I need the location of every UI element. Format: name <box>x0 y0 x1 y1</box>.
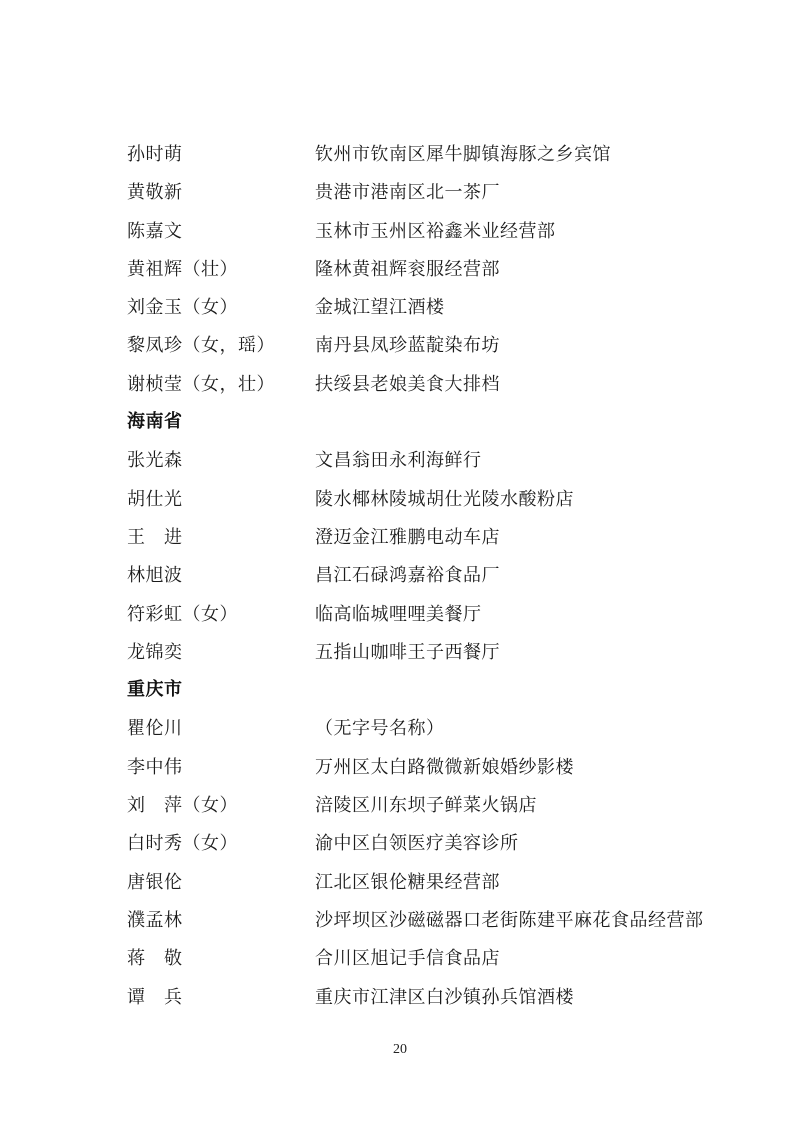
registry-row: 黄祖辉（壮）隆林黄祖辉衮服经营部 <box>127 250 683 288</box>
person-name: 孙时萌 <box>127 135 315 173</box>
person-name: 王 进 <box>127 518 315 556</box>
document-page: 孙时萌钦州市钦南区犀牛脚镇海豚之乡宾馆黄敬新贵港市港南区北一茶厂陈嘉文玉林市玉州… <box>0 0 800 1131</box>
section-header: 重庆市 <box>127 671 683 709</box>
business-name: （无字号名称） <box>315 709 683 747</box>
business-name: 玉林市玉州区裕鑫米业经营部 <box>315 212 683 250</box>
person-name: 刘金玉（女） <box>127 288 315 326</box>
registry-row: 濮孟林沙坪坝区沙磁磁器口老街陈建平麻花食品经营部 <box>127 901 683 939</box>
business-name: 万州区太白路微微新娘婚纱影楼 <box>315 748 683 786</box>
person-name: 黎凤珍（女，瑶） <box>127 326 315 364</box>
business-name: 隆林黄祖辉衮服经营部 <box>315 250 683 288</box>
registry-row: 龙锦奕五指山咖啡王子西餐厅 <box>127 633 683 671</box>
registry-row: 谭 兵重庆市江津区白沙镇孙兵馆酒楼 <box>127 978 683 1016</box>
business-name: 贵港市港南区北一茶厂 <box>315 173 683 211</box>
registry-row: 孙时萌钦州市钦南区犀牛脚镇海豚之乡宾馆 <box>127 135 683 173</box>
registry-row: 王 进澄迈金江雅鹏电动车店 <box>127 518 683 556</box>
registry-row: 黎凤珍（女，瑶）南丹县凤珍蓝靛染布坊 <box>127 326 683 364</box>
person-name: 谭 兵 <box>127 978 315 1016</box>
business-name: 江北区银伦糖果经营部 <box>315 863 683 901</box>
person-name: 黄祖辉（壮） <box>127 250 315 288</box>
person-name: 濮孟林 <box>127 901 315 939</box>
person-name: 胡仕光 <box>127 480 315 518</box>
business-name: 重庆市江津区白沙镇孙兵馆酒楼 <box>315 978 683 1016</box>
registry-row: 白时秀（女）渝中区白领医疗美容诊所 <box>127 824 683 862</box>
business-name: 临高临城哩哩美餐厅 <box>315 595 683 633</box>
person-name: 张光森 <box>127 441 315 479</box>
business-name: 渝中区白领医疗美容诊所 <box>315 824 683 862</box>
person-name: 瞿伦川 <box>127 709 315 747</box>
business-name: 沙坪坝区沙磁磁器口老街陈建平麻花食品经营部 <box>315 901 704 939</box>
registry-row: 蒋 敬合川区旭记手信食品店 <box>127 939 683 977</box>
registry-row: 瞿伦川（无字号名称） <box>127 709 683 747</box>
person-name: 谢桢莹（女，壮） <box>127 365 315 403</box>
business-name: 涪陵区川东坝子鲜菜火锅店 <box>315 786 683 824</box>
registry-row: 陈嘉文玉林市玉州区裕鑫米业经营部 <box>127 212 683 250</box>
business-name: 钦州市钦南区犀牛脚镇海豚之乡宾馆 <box>315 135 683 173</box>
person-name: 黄敬新 <box>127 173 315 211</box>
business-name: 南丹县凤珍蓝靛染布坊 <box>315 326 683 364</box>
business-name: 五指山咖啡王子西餐厅 <box>315 633 683 671</box>
registry-row: 李中伟万州区太白路微微新娘婚纱影楼 <box>127 748 683 786</box>
person-name: 白时秀（女） <box>127 824 315 862</box>
registry-row: 刘金玉（女）金城江望江酒楼 <box>127 288 683 326</box>
registry-row: 唐银伦江北区银伦糖果经营部 <box>127 863 683 901</box>
registry-row: 谢桢莹（女，壮）扶绥县老娘美食大排档 <box>127 365 683 403</box>
business-name: 文昌翁田永利海鲜行 <box>315 441 683 479</box>
registry-row: 林旭波昌江石碌鸿嘉裕食品厂 <box>127 556 683 594</box>
registry-list: 孙时萌钦州市钦南区犀牛脚镇海豚之乡宾馆黄敬新贵港市港南区北一茶厂陈嘉文玉林市玉州… <box>127 135 683 1016</box>
person-name: 林旭波 <box>127 556 315 594</box>
business-name: 澄迈金江雅鹏电动车店 <box>315 518 683 556</box>
business-name: 陵水椰林陵城胡仕光陵水酸粉店 <box>315 480 683 518</box>
person-name: 李中伟 <box>127 748 315 786</box>
registry-row: 张光森文昌翁田永利海鲜行 <box>127 441 683 479</box>
person-name: 符彩虹（女） <box>127 595 315 633</box>
business-name: 金城江望江酒楼 <box>315 288 683 326</box>
registry-row: 黄敬新贵港市港南区北一茶厂 <box>127 173 683 211</box>
registry-row: 刘 萍（女）涪陵区川东坝子鲜菜火锅店 <box>127 786 683 824</box>
person-name: 陈嘉文 <box>127 212 315 250</box>
registry-row: 胡仕光陵水椰林陵城胡仕光陵水酸粉店 <box>127 480 683 518</box>
section-header: 海南省 <box>127 403 683 441</box>
business-name: 扶绥县老娘美食大排档 <box>315 365 683 403</box>
person-name: 刘 萍（女） <box>127 786 315 824</box>
person-name: 龙锦奕 <box>127 633 315 671</box>
business-name: 昌江石碌鸿嘉裕食品厂 <box>315 556 683 594</box>
business-name: 合川区旭记手信食品店 <box>315 939 683 977</box>
page-number: 20 <box>0 1042 800 1058</box>
person-name: 蒋 敬 <box>127 939 315 977</box>
person-name: 唐银伦 <box>127 863 315 901</box>
registry-row: 符彩虹（女）临高临城哩哩美餐厅 <box>127 595 683 633</box>
